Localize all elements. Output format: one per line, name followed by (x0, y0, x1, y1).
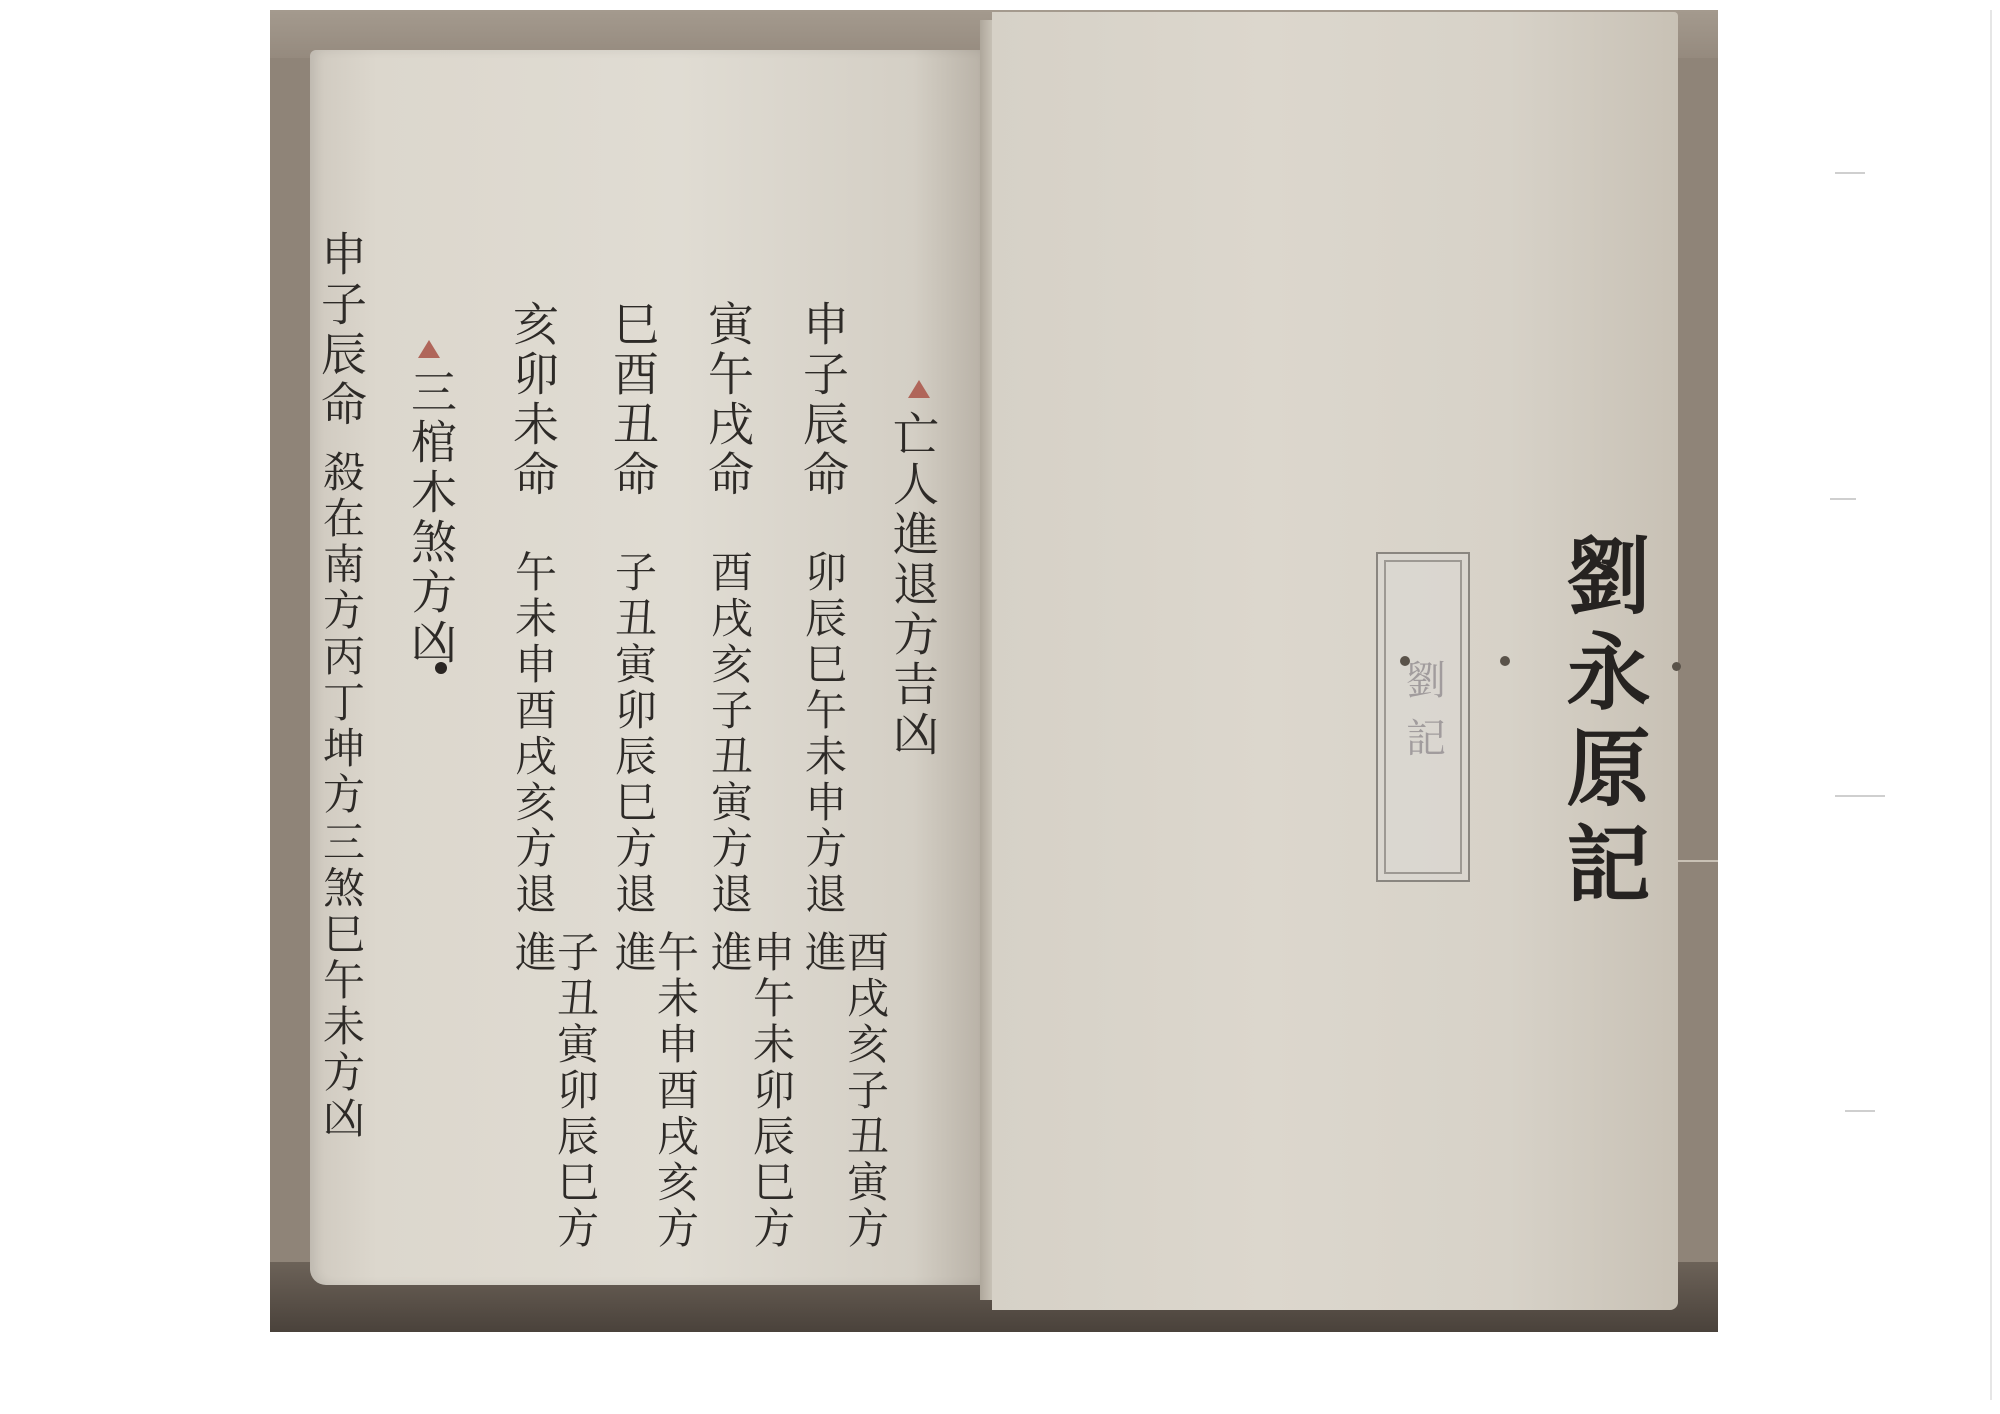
column-3-line-3: 申午未卯辰巳方進 (708, 930, 792, 1285)
scan-artifact (1830, 498, 1856, 500)
column-2-line-1: 申子辰命 (800, 300, 846, 500)
column-heading-deceased-directions: 亡人進退方吉凶 (890, 410, 936, 760)
column-7-line-1: 申子辰命 (318, 230, 364, 430)
faded-seal-stamp: 劉記 (1376, 552, 1470, 882)
column-2-line-2: 卯辰巳午未申方退 (802, 550, 844, 918)
column-7-line-3: 三煞巳午未方凶 (320, 820, 362, 1142)
column-3-line-2: 酉戌亥子丑寅方退 (708, 550, 750, 918)
left-page: 亡人進退方吉凶 申子辰命 卯辰巳午未申方退 酉戌亥子丑寅方進 寅午戌命 酉戌亥子… (310, 50, 980, 1285)
column-5-line-3: 子丑寅卯辰巳方進 (512, 930, 596, 1285)
binding-hole (1672, 662, 1681, 671)
ink-dot (435, 662, 447, 674)
scan-artifact (1835, 172, 1865, 174)
scan-artifact (1835, 795, 1885, 797)
column-5-line-1: 亥卯未命 (510, 300, 556, 500)
column-4-line-2: 子丑寅卯辰巳方退 (612, 550, 654, 918)
scan-edge (1990, 10, 1992, 1400)
stamp-text: 劉記 (1395, 659, 1452, 775)
scan-artifact (1845, 1110, 1875, 1112)
column-4-line-1: 巳酉丑命 (610, 300, 656, 500)
binding-hole (1400, 656, 1410, 666)
column-7-line-2: 殺在南方丙丁坤方 (320, 450, 362, 818)
column-4-line-3: 午未申酉戌亥方進 (612, 930, 696, 1285)
scanned-photo: 亡人進退方吉凶 申子辰命 卯辰巳午未申方退 酉戌亥子丑寅方進 寅午戌命 酉戌亥子… (270, 10, 1718, 1332)
red-triangle-mark-icon (908, 380, 930, 398)
binding-hole (1500, 656, 1510, 666)
book-title: 劉永原記 (1542, 532, 1663, 916)
column-5-line-2: 午未申酉戌亥方退 (512, 550, 554, 918)
red-triangle-mark-icon (418, 340, 440, 358)
column-3-line-1: 寅午戌命 (705, 300, 751, 500)
right-page-cover: 劉記 劉永原記 (992, 12, 1678, 1310)
column-heading-coffin-sha: 三棺木煞方凶 (408, 368, 454, 668)
column-2-line-3: 酉戌亥子丑寅方進 (802, 930, 886, 1285)
